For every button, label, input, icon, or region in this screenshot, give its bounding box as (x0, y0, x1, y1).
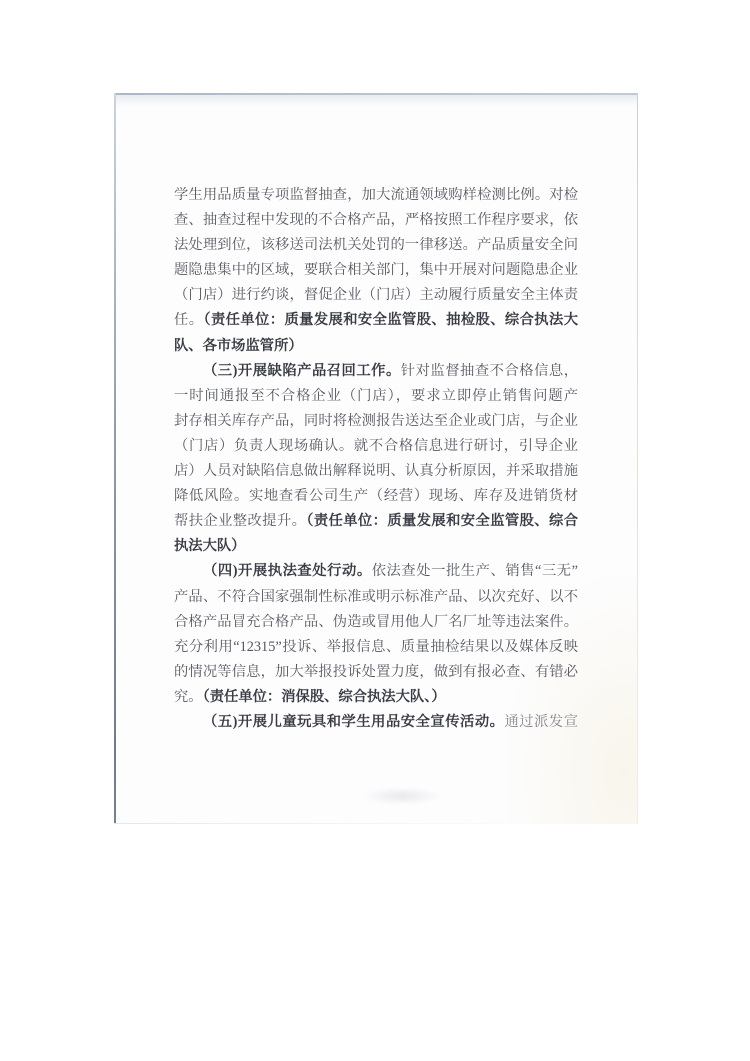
text-line: （门店）负责人现场确认。就不合格信息进行研讨，引导企业（门 (174, 434, 578, 459)
text-line: 一时间通报至不合格企业（门店），要求立即停止销售问题产品， (174, 384, 578, 409)
text-segment-bold: （四)开展执法查处行动。 (203, 563, 372, 579)
text-line: 充分利用“12315”投诉、举报信息、质量抽检结果以及媒体反映 (174, 635, 578, 660)
text-line: （门店）进行约谈，督促企业（门店）主动履行质量安全主体责 (174, 283, 578, 308)
text-segment-bold: （责任单位：质量发展和安全监管股、抽检股、综合执法大 (203, 312, 578, 328)
text-line: 的情况等信息，加大举报投诉处置力度，做到有报必查、有错必 (174, 660, 578, 685)
text-segment: 降低风险。实地查看公司生产（经营）现场、库存及进销货材料， (174, 488, 578, 509)
page-right-edge (637, 93, 638, 824)
page-bottom-edge (114, 823, 638, 824)
text-segment: 任。 (174, 312, 203, 328)
text-line: 店）人员对缺陷信息做出解释说明、认真分析原因，并采取措施 (174, 459, 578, 484)
text-segment-bold: （责任单位：消保股、综合执法大队、） (203, 689, 446, 705)
text-segment-bold: 队、各市场监管所） (174, 338, 303, 354)
text-segment: 充分利用“12315”投诉、举报信息、质量抽检结果以及媒体反映 (174, 639, 578, 655)
text-line: 产品、不符合国家强制性标准或明示标准产品、以次充好、以不 (174, 585, 578, 610)
text-line: 封存相关库存产品，同时将检测报告送达至企业或门店，与企业 (174, 409, 578, 434)
text-segment-bold: （五)开展儿童玩具和学生用品安全宣传活动。 (203, 714, 504, 730)
text-segment: 一时间通报至不合格企业（门店），要求立即停止销售问题产品， (174, 388, 578, 409)
text-line: 队、各市场监管所） (174, 334, 578, 359)
text-segment: 依法查处一批生产、销售“三无” (372, 563, 578, 579)
text-segment: 合格产品冒充合格产品、伪造或冒用他人厂名厂址等违法案件。 (174, 614, 578, 630)
page-left-edge (114, 93, 116, 824)
text-line: 执法大队） (174, 534, 578, 559)
text-segment: 题隐患集中的区域，要联合相关部门，集中开展对问题隐患企业 (174, 262, 578, 278)
text-line: （三)开展缺陷产品召回工作。针对监督抽查不合格信息，第 (174, 359, 578, 384)
text-line: 法处理到位，该移送司法机关处罚的一律移送。产品质量安全问 (174, 233, 578, 258)
text-line: 降低风险。实地查看公司生产（经营）现场、库存及进销货材料， (174, 484, 578, 509)
text-line: 学生用品质量专项监督抽查，加大流通领域购样检测比例。对检 (174, 183, 578, 208)
text-line: （五)开展儿童玩具和学生用品安全宣传活动。通过派发宣传 (174, 710, 578, 735)
text-line: 帮扶企业整改提升。（责任单位：质量发展和安全监管股、综合 (174, 509, 578, 534)
text-segment: （门店）负责人现场确认。就不合格信息进行研讨，引导企业（门 (174, 438, 578, 459)
text-segment: 法处理到位，该移送司法机关处罚的一律移送。产品质量安全问 (174, 237, 578, 253)
text-line: 查、抽查过程中发现的不合格产品，严格按照工作程序要求，依 (174, 208, 578, 233)
text-segment: 封存相关库存产品，同时将检测报告送达至企业或门店，与企业 (174, 413, 578, 429)
text-line: 究。（责任单位：消保股、综合执法大队、） (174, 685, 578, 710)
text-segment-bold: （三)开展缺陷产品召回工作。 (203, 363, 401, 379)
page-top-shading (114, 95, 638, 107)
scan-smudge-artifact (362, 787, 442, 805)
text-segment: 查、抽查过程中发现的不合格产品，严格按照工作程序要求，依 (174, 212, 578, 228)
text-segment: 店）人员对缺陷信息做出解释说明、认真分析原因，并采取措施 (174, 463, 578, 479)
text-line: 合格产品冒充合格产品、伪造或冒用他人厂名厂址等违法案件。 (174, 610, 578, 635)
text-segment-bold: （责任单位：质量发展和安全监管股、综合 (306, 513, 578, 529)
text-line: （四)开展执法查处行动。依法查处一批生产、销售“三无” (174, 559, 578, 584)
text-line: 题隐患集中的区域，要联合相关部门，集中开展对问题隐患企业 (174, 258, 578, 283)
text-line: 任。（责任单位：质量发展和安全监管股、抽检股、综合执法大 (174, 308, 578, 333)
text-segment: （门店）进行约谈，督促企业（门店）主动履行质量安全主体责 (174, 287, 578, 303)
text-segment: 究。 (174, 689, 203, 705)
text-segment-bold: 执法大队） (174, 538, 245, 554)
text-segment: 学生用品质量专项监督抽查，加大流通领域购样检测比例。对检 (174, 187, 578, 203)
document-text: 学生用品质量专项监督抽查，加大流通领域购样检测比例。对检查、抽查过程中发现的不合… (174, 183, 578, 735)
scanned-page: 学生用品质量专项监督抽查，加大流通领域购样检测比例。对检查、抽查过程中发现的不合… (114, 93, 638, 824)
scan-background: { "meta": { "kind": "scanned-official-do… (0, 0, 750, 1061)
text-segment: 产品、不符合国家强制性标准或明示标准产品、以次充好、以不 (174, 589, 578, 605)
text-segment: 的情况等信息，加大举报投诉处置力度，做到有报必查、有错必 (174, 664, 578, 680)
text-segment: 帮扶企业整改提升。 (174, 513, 306, 529)
